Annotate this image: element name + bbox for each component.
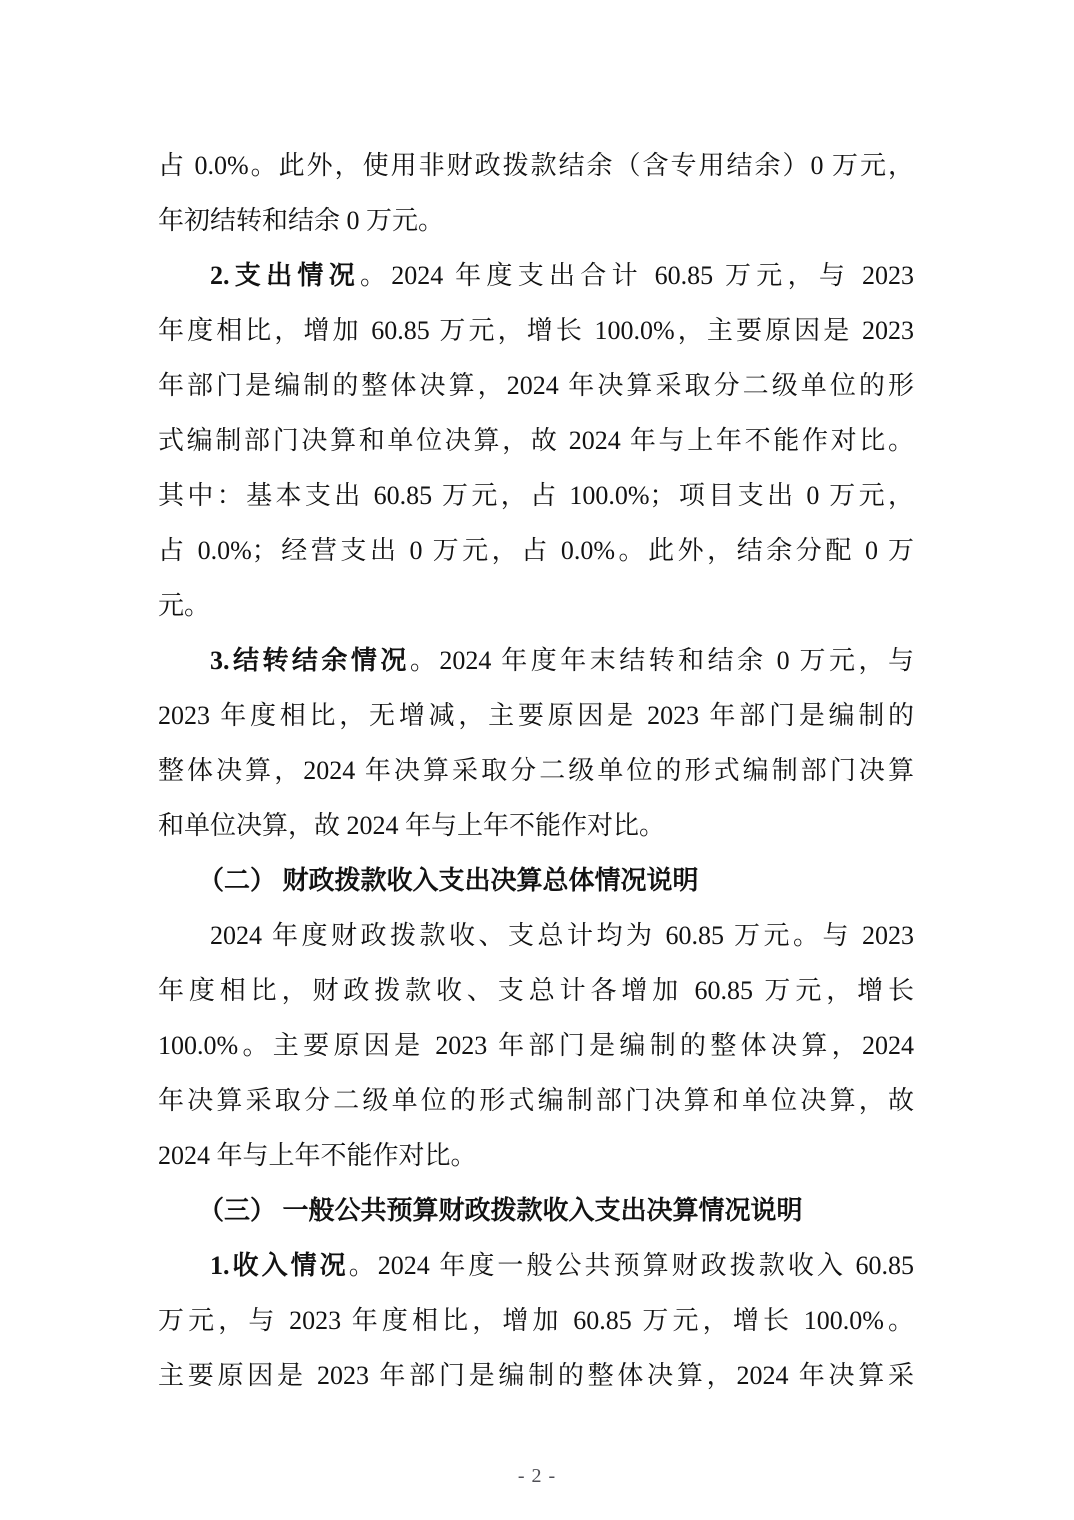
paragraph-line: 2023 年度相比，无增减，主要原因是 2023 年部门是编制的: [158, 688, 914, 743]
paragraph-text: 。2024 年度一般公共预算财政拨款收入 60.85: [349, 1251, 914, 1280]
document-page: 占 0.0%。此外，使用非财政拨款结余（含专用结余）0 万元， 年初结转和结余 …: [0, 0, 1074, 1520]
paragraph-line: 年决算采取分二级单位的形式编制部门决算和单位决算，故: [158, 1073, 914, 1128]
paragraph-line: 年度相比，财政拨款收、支总计各增加 60.85 万元，增长: [158, 963, 914, 1018]
paragraph-line: 2024 年度财政拨款收、支总计均为 60.85 万元。与 2023: [158, 908, 914, 963]
paragraph-line: 式编制部门决算和单位决算，故 2024 年与上年不能作对比。: [158, 413, 914, 468]
paragraph-line: 占 0.0%。此外，使用非财政拨款结余（含专用结余）0 万元，: [158, 138, 914, 193]
paragraph-line: 主要原因是 2023 年部门是编制的整体决算，2024 年决算采: [158, 1348, 914, 1403]
paragraph-line: 3.结转结余情况。2024 年度年末结转和结余 0 万元，与: [158, 633, 914, 688]
section-heading-2: （二） 财政拨款收入支出决算总体情况说明: [158, 853, 914, 908]
paragraph-line: 年度相比，增加 60.85 万元，增长 100.0%，主要原因是 2023: [158, 303, 914, 358]
paragraph-text: 。2024 年度年末结转和结余 0 万元，与: [410, 646, 914, 675]
section-heading-3: （三） 一般公共预算财政拨款收入支出决算情况说明: [158, 1183, 914, 1238]
paragraph-line: 1.收入情况。2024 年度一般公共预算财政拨款收入 60.85: [158, 1238, 914, 1293]
paragraph-lead: 2.支出情况: [210, 261, 360, 290]
paragraph-line: 其中：基本支出 60.85 万元，占 100.0%；项目支出 0 万元，: [158, 468, 914, 523]
paragraph-lead: 3.结转结余情况: [210, 646, 410, 675]
document-body: 占 0.0%。此外，使用非财政拨款结余（含专用结余）0 万元， 年初结转和结余 …: [158, 138, 914, 1403]
paragraph-line: 年初结转和结余 0 万元。: [158, 193, 914, 248]
paragraph-line: 100.0%。主要原因是 2023 年部门是编制的整体决算，2024: [158, 1018, 914, 1073]
paragraph-line: 占 0.0%；经营支出 0 万元，占 0.0%。此外，结余分配 0 万: [158, 523, 914, 578]
paragraph-line: 2024 年与上年不能作对比。: [158, 1128, 914, 1183]
paragraph-line: 和单位决算，故 2024 年与上年不能作对比。: [158, 798, 914, 853]
paragraph-line: 2.支出情况。2024 年度支出合计 60.85 万元，与 2023: [158, 248, 914, 303]
paragraph-line: 万元，与 2023 年度相比，增加 60.85 万元，增长 100.0%。: [158, 1293, 914, 1348]
paragraph-text: 。2024 年度支出合计 60.85 万元，与 2023: [360, 261, 914, 290]
paragraph-line: 整体决算，2024 年决算采取分二级单位的形式编制部门决算: [158, 743, 914, 798]
paragraph-line: 年部门是编制的整体决算，2024 年决算采取分二级单位的形: [158, 358, 914, 413]
paragraph-line: 元。: [158, 578, 914, 633]
paragraph-lead: 1.收入情况: [210, 1251, 349, 1280]
page-number: - 2 -: [0, 1460, 1074, 1492]
